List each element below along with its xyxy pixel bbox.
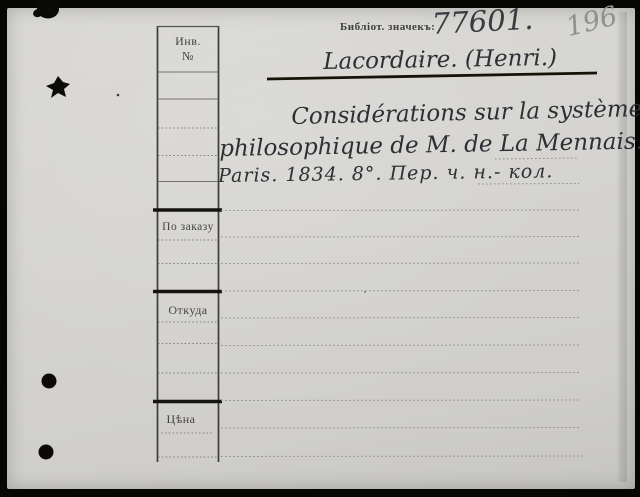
column-solid-rules (158, 72, 218, 182)
field-label-price: Цѣна (150, 412, 212, 427)
card-rules-layer (0, 0, 640, 497)
entry-imprint: Paris. 1834. 8°. Пер. ч. н.- кол. (218, 160, 554, 187)
entry-author: Lacordaire. (Henri.) (323, 45, 557, 75)
field-label-origin: Откуда (157, 303, 219, 318)
punch-hole-lower (39, 445, 54, 460)
paper-speck (364, 291, 366, 293)
accession-number-handwritten: 77601. (431, 2, 534, 41)
author-underline (267, 73, 597, 79)
scanned-catalog-card: Библіот. значекъ: 77601. 196 Инв. № По з… (0, 0, 640, 497)
body-ruled-lines (221, 158, 584, 457)
field-label-by-order: По заказу (157, 221, 219, 233)
field-label-inventory: Инв. (157, 34, 219, 49)
field-label-inventory-number-sign: № (157, 49, 219, 64)
punch-hole-upper (42, 374, 57, 389)
library-mark-label: Библіот. значекъ: (340, 21, 435, 33)
paper-speck (117, 94, 120, 97)
ink-blot-star (46, 76, 70, 98)
